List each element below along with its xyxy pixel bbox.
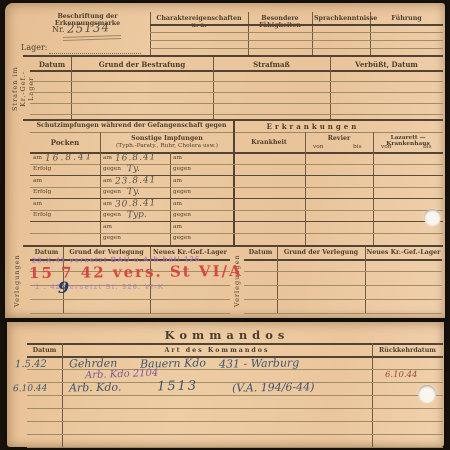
impfungen-col-pocken: Pocken [30,138,100,147]
traits-row-lines [150,32,443,50]
sonstige-gegen-3: Typ. [127,210,147,221]
record-card-upper: Beschriftung der Erkennungsmarke Nr. 251… [5,3,445,318]
strafen-row-lines [30,81,443,117]
nr-label: Nr. [52,25,65,34]
section-rule [23,55,443,57]
sonstige-gegen-1: Ty. [127,164,140,174]
am-label: am [33,178,42,184]
am-label: am [173,155,182,161]
transfer-handwritten-note: 9 [58,278,69,297]
am-label: am [173,224,182,230]
verlegungen-header-lager-2: Neues Kr.-Gef.-Lager [365,249,442,256]
impfungen-title: Schutzimpfungen während der Gefangenscha… [30,122,233,129]
traits-header-sprachen: Sprachkenntnisse [314,15,368,22]
pocken-date-1: 16.8.41 [45,152,94,164]
impfungen-col-sonstige: Sonstige Impfungen [101,135,233,142]
kommandos-header-rueckkehr: Rückkehrdatum [372,347,443,354]
sonstige-gegen-2: Ty. [127,187,140,197]
am-label: am [33,201,42,207]
lazarett-von-label: von [381,144,392,150]
gegen-label: gegen [103,189,121,195]
am-label: am [33,155,42,161]
erfolg-label: Erfolg [33,166,51,172]
am-label: am [103,178,112,184]
impfungen-pair-lines [30,175,443,223]
sonstige-date-2: 23.8.41 [115,175,157,186]
lazarett-bis-label: bis [423,144,432,150]
kommandos-title: Kommandos [67,328,387,342]
gegen-label: gegen [103,166,121,172]
hole-punch [424,209,441,226]
kommando-row1-place: Gehrden [69,357,118,371]
erfolg-label: Erfolg [33,189,51,195]
verlegungen-header-grund-2: Grund der Verlegung [277,249,365,256]
strafen-header-strafmass: Strafmaß [213,60,330,69]
kommandos-top-rule [27,343,443,345]
gegen-label: gegen [173,212,191,218]
subheader-rule [30,132,443,133]
impfungen-col-sonstige-detail: (Typh.-Paraty., Ruhr, Cholera usw.) [101,143,233,149]
scanned-pow-record-photo: Beschriftung der Erkennungsmarke Nr. 251… [0,0,450,450]
kommandos-header-datum: Datum [27,347,62,354]
am-label: am [103,155,112,161]
strafen-header-grund: Grund der Bestrafung [71,60,213,69]
lager-blank-line [49,44,141,54]
kommando-row1-rueckkehr: 6.10.44 [385,370,417,380]
verlegungen-header-rule-2 [244,259,442,261]
gegen-label: gegen [173,189,191,195]
traits-header-charakter: Charaktereigenschaften u. a. [152,15,246,29]
verlegungen-row-lines-2 [244,271,442,314]
transfer-stamp-purple-2: 1 . 42 versetzt St. 326. VI-K [35,282,164,291]
gegen-label: gegen [173,166,191,172]
erkrankungen-title: Erkrankungen [233,122,393,131]
am-label: am [103,201,112,207]
revier-von-label: von [313,144,324,150]
sonstige-date-3: 30.8.41 [115,198,157,209]
lager-label: Lager: [21,43,47,52]
kommando-row2-note: (V.A. 194/6-44) [232,380,315,394]
sonstige-date-1: 16.8.41 [115,152,157,163]
traits-header-faehigkeiten: Besondere Fähigkeiten [250,15,310,29]
section-rule [23,245,443,247]
erfolg-label: Erfolg [33,212,51,218]
hole-punch [418,385,436,403]
traits-header-fuehrung: Führung [372,15,441,22]
erkrankungen-col-krankheit: Krankheit [233,139,305,146]
gegen-label: gegen [173,235,191,241]
am-label: am [103,224,112,230]
kommando-row2-number: 1513 [157,379,198,395]
kommando-row2-datum: 6.10.44 [13,384,48,395]
nr-underline [63,38,121,41]
strafen-header-verbuesst: Verbüßt, Datum [330,60,443,69]
traits-header-rule [150,24,443,26]
strafen-header-datum: Datum [33,60,71,69]
kommando-row2-detail: Arb. Kdo. [69,381,122,395]
gegen-label: gegen [103,235,121,241]
nr-value-handwritten: 25134 [67,20,111,35]
kommando-row1-datum: 1.5.42 [15,359,47,371]
verlegungen-header-datum-2: Datum [244,249,277,256]
verlegungen-side-label-left: Verlegungen [13,253,21,309]
strafen-header-rule [30,70,443,72]
erkrankungen-col-revier: Revier [305,135,373,142]
revier-bis-label: bis [353,144,362,150]
kommando-row1-number: 431 - Warburg [219,356,300,370]
gegen-label: gegen [103,212,121,218]
kommandos-card: Kommandos Datum Art des Kommandos Rückke… [7,322,444,447]
am-label: am [173,178,182,184]
am-label: am [173,201,182,207]
kommandos-header-art: Art des Kommandos [62,347,372,354]
